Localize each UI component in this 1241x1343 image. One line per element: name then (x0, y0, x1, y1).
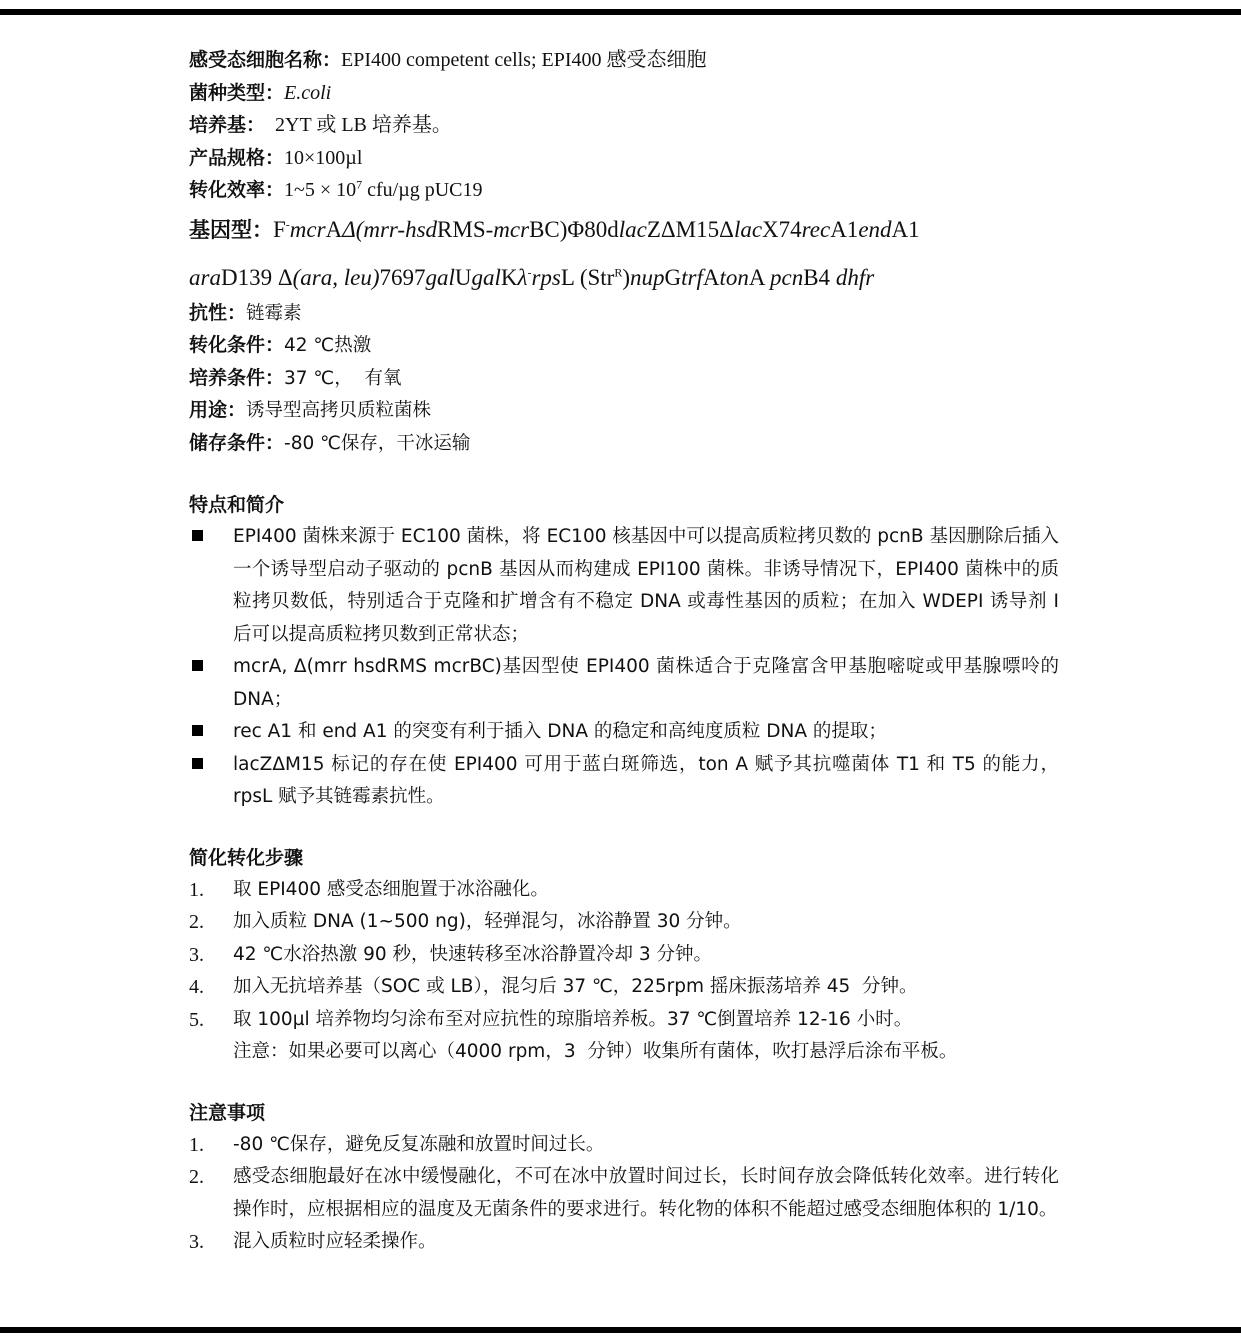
info-value: 链霉素 (246, 303, 302, 324)
square-bullet-icon (192, 725, 203, 736)
info-row-storage: 储存条件：-80 ℃保存，干冰运输 (189, 427, 1059, 460)
note-item: 2. 感受态细胞最好在冰中缓慢融化，不可在冰中放置时间过长，长时间存放会降低转化… (189, 1161, 1059, 1226)
info-value: 37 ℃， 有氧 (284, 368, 401, 389)
info-row-resistance: 抗性：链霉素 (189, 297, 1059, 330)
info-row-medium: 培养基： 2YT 或 LB 培养基。 (189, 109, 1059, 142)
info-value-post: cfu/µg pUC19 (362, 179, 482, 201)
note-number: 2. (189, 1161, 229, 1194)
step-item: 1. 取 EPI400 感受态细胞置于冰浴融化。 (189, 874, 1059, 907)
info-label: 抗性： (189, 302, 246, 324)
info-value: 42 ℃热激 (284, 335, 371, 356)
step-item: 2. 加入质粒 DNA (1~500 ng)，轻弹混匀，冰浴静置 30 分钟。 (189, 906, 1059, 939)
info-value: 2YT 或 LB 培养基。 (265, 114, 452, 136)
genotype-text-1: F-mcrAΔ(mrr-hsdRMS-mcrBC)Φ80dlacZΔM15Δla… (273, 217, 920, 242)
step-number: 2. (189, 906, 229, 939)
info-row-strain-type: 菌种类型：E.coli (189, 77, 1059, 110)
square-bullet-icon (192, 660, 203, 671)
info-row-usage: 用途：诱导型高拷贝质粒菌株 (189, 394, 1059, 427)
info-value: 10×100µl (284, 147, 362, 169)
info-value: EPI400 competent cells; EPI400 感受态细胞 (341, 49, 707, 71)
info-row-culture-cond: 培养条件：37 ℃， 有氧 (189, 362, 1059, 395)
info-value-pre: 1~5 × 10 (284, 179, 356, 201)
info-row-name: 感受态细胞名称：EPI400 competent cells; EPI400 感… (189, 44, 1059, 77)
feature-item: lacZΔM15 标记的存在使 EPI400 可用于蓝白斑筛选，ton A 赋予… (189, 749, 1059, 814)
info-label: 用途： (189, 399, 246, 421)
step-note: 注意：如果必要可以离心（4000 rpm，3 分钟）收集所有菌体，吹打悬浮后涂布… (189, 1036, 1059, 1069)
info-value: -80 ℃保存，干冰运输 (284, 433, 470, 454)
square-bullet-icon (192, 758, 203, 769)
step-number: 4. (189, 971, 229, 1004)
info-value: 诱导型高拷贝质粒菌株 (246, 400, 431, 421)
feature-item: rec A1 和 end A1 的突变有利于插入 DNA 的稳定和高纯度质粒 D… (189, 716, 1059, 749)
bottom-rule (0, 1327, 1241, 1333)
square-bullet-icon (192, 530, 203, 541)
info-row-transform-cond: 转化条件：42 ℃热激 (189, 329, 1059, 362)
info-row-spec: 产品规格：10×100µl (189, 142, 1059, 175)
note-item: 3. 混入质粒时应轻柔操作。 (189, 1226, 1059, 1259)
info-label: 菌种类型： (189, 82, 284, 104)
note-number: 1. (189, 1129, 229, 1162)
info-row-efficiency: 转化效率：1~5 × 107 cfu/µg pUC19 (189, 174, 1059, 207)
step-number: 5. (189, 1004, 229, 1037)
info-label: 培养条件： (189, 367, 284, 389)
product-sheet: 感受态细胞名称：EPI400 competent cells; EPI400 感… (189, 44, 1059, 1259)
step-item: 3. 42 ℃水浴热激 90 秒，快速转移至冰浴静置冷却 3 分钟。 (189, 939, 1059, 972)
feature-item: mcrA, Δ(mrr hsdRMS mcrBC)基因型使 EPI400 菌株适… (189, 651, 1059, 716)
step-number: 3. (189, 939, 229, 972)
info-label: 培养基： (189, 114, 265, 136)
features-title: 特点和简介 (189, 489, 1059, 521)
genotype-label: 基因型： (189, 218, 273, 242)
info-label: 储存条件： (189, 432, 284, 454)
note-item: 1. -80 ℃保存，避免反复冻融和放置时间过长。 (189, 1129, 1059, 1162)
genotype-text-2: araD139 Δ(ara, leu)7697galUgalKλ-rpsL (S… (189, 265, 874, 290)
top-rule (0, 9, 1241, 15)
info-value: E.coli (284, 82, 331, 104)
step-item: 4. 加入无抗培养基（SOC 或 LB），混匀后 37 ℃，225rpm 摇床振… (189, 971, 1059, 1004)
info-label: 转化条件： (189, 334, 284, 356)
feature-item: EPI400 菌株来源于 EC100 菌株，将 EC100 核基因中可以提高质粒… (189, 521, 1059, 651)
notes-title: 注意事项 (189, 1097, 1059, 1129)
step-item: 5. 取 100µl 培养物均匀涂布至对应抗性的琼脂培养板。37 ℃倒置培养 1… (189, 1004, 1059, 1037)
genotype-line-2: araD139 Δ(ara, leu)7697galUgalKλ-rpsL (S… (189, 263, 1059, 297)
genotype-line-1: 基因型：F-mcrAΔ(mrr-hsdRMS-mcrBC)Φ80dlacZΔM1… (189, 215, 1059, 257)
steps-title: 简化转化步骤 (189, 842, 1059, 874)
info-label: 转化效率： (189, 179, 284, 201)
note-number: 3. (189, 1226, 229, 1259)
info-label: 产品规格： (189, 147, 284, 169)
step-number: 1. (189, 874, 229, 907)
info-label: 感受态细胞名称： (189, 49, 341, 71)
